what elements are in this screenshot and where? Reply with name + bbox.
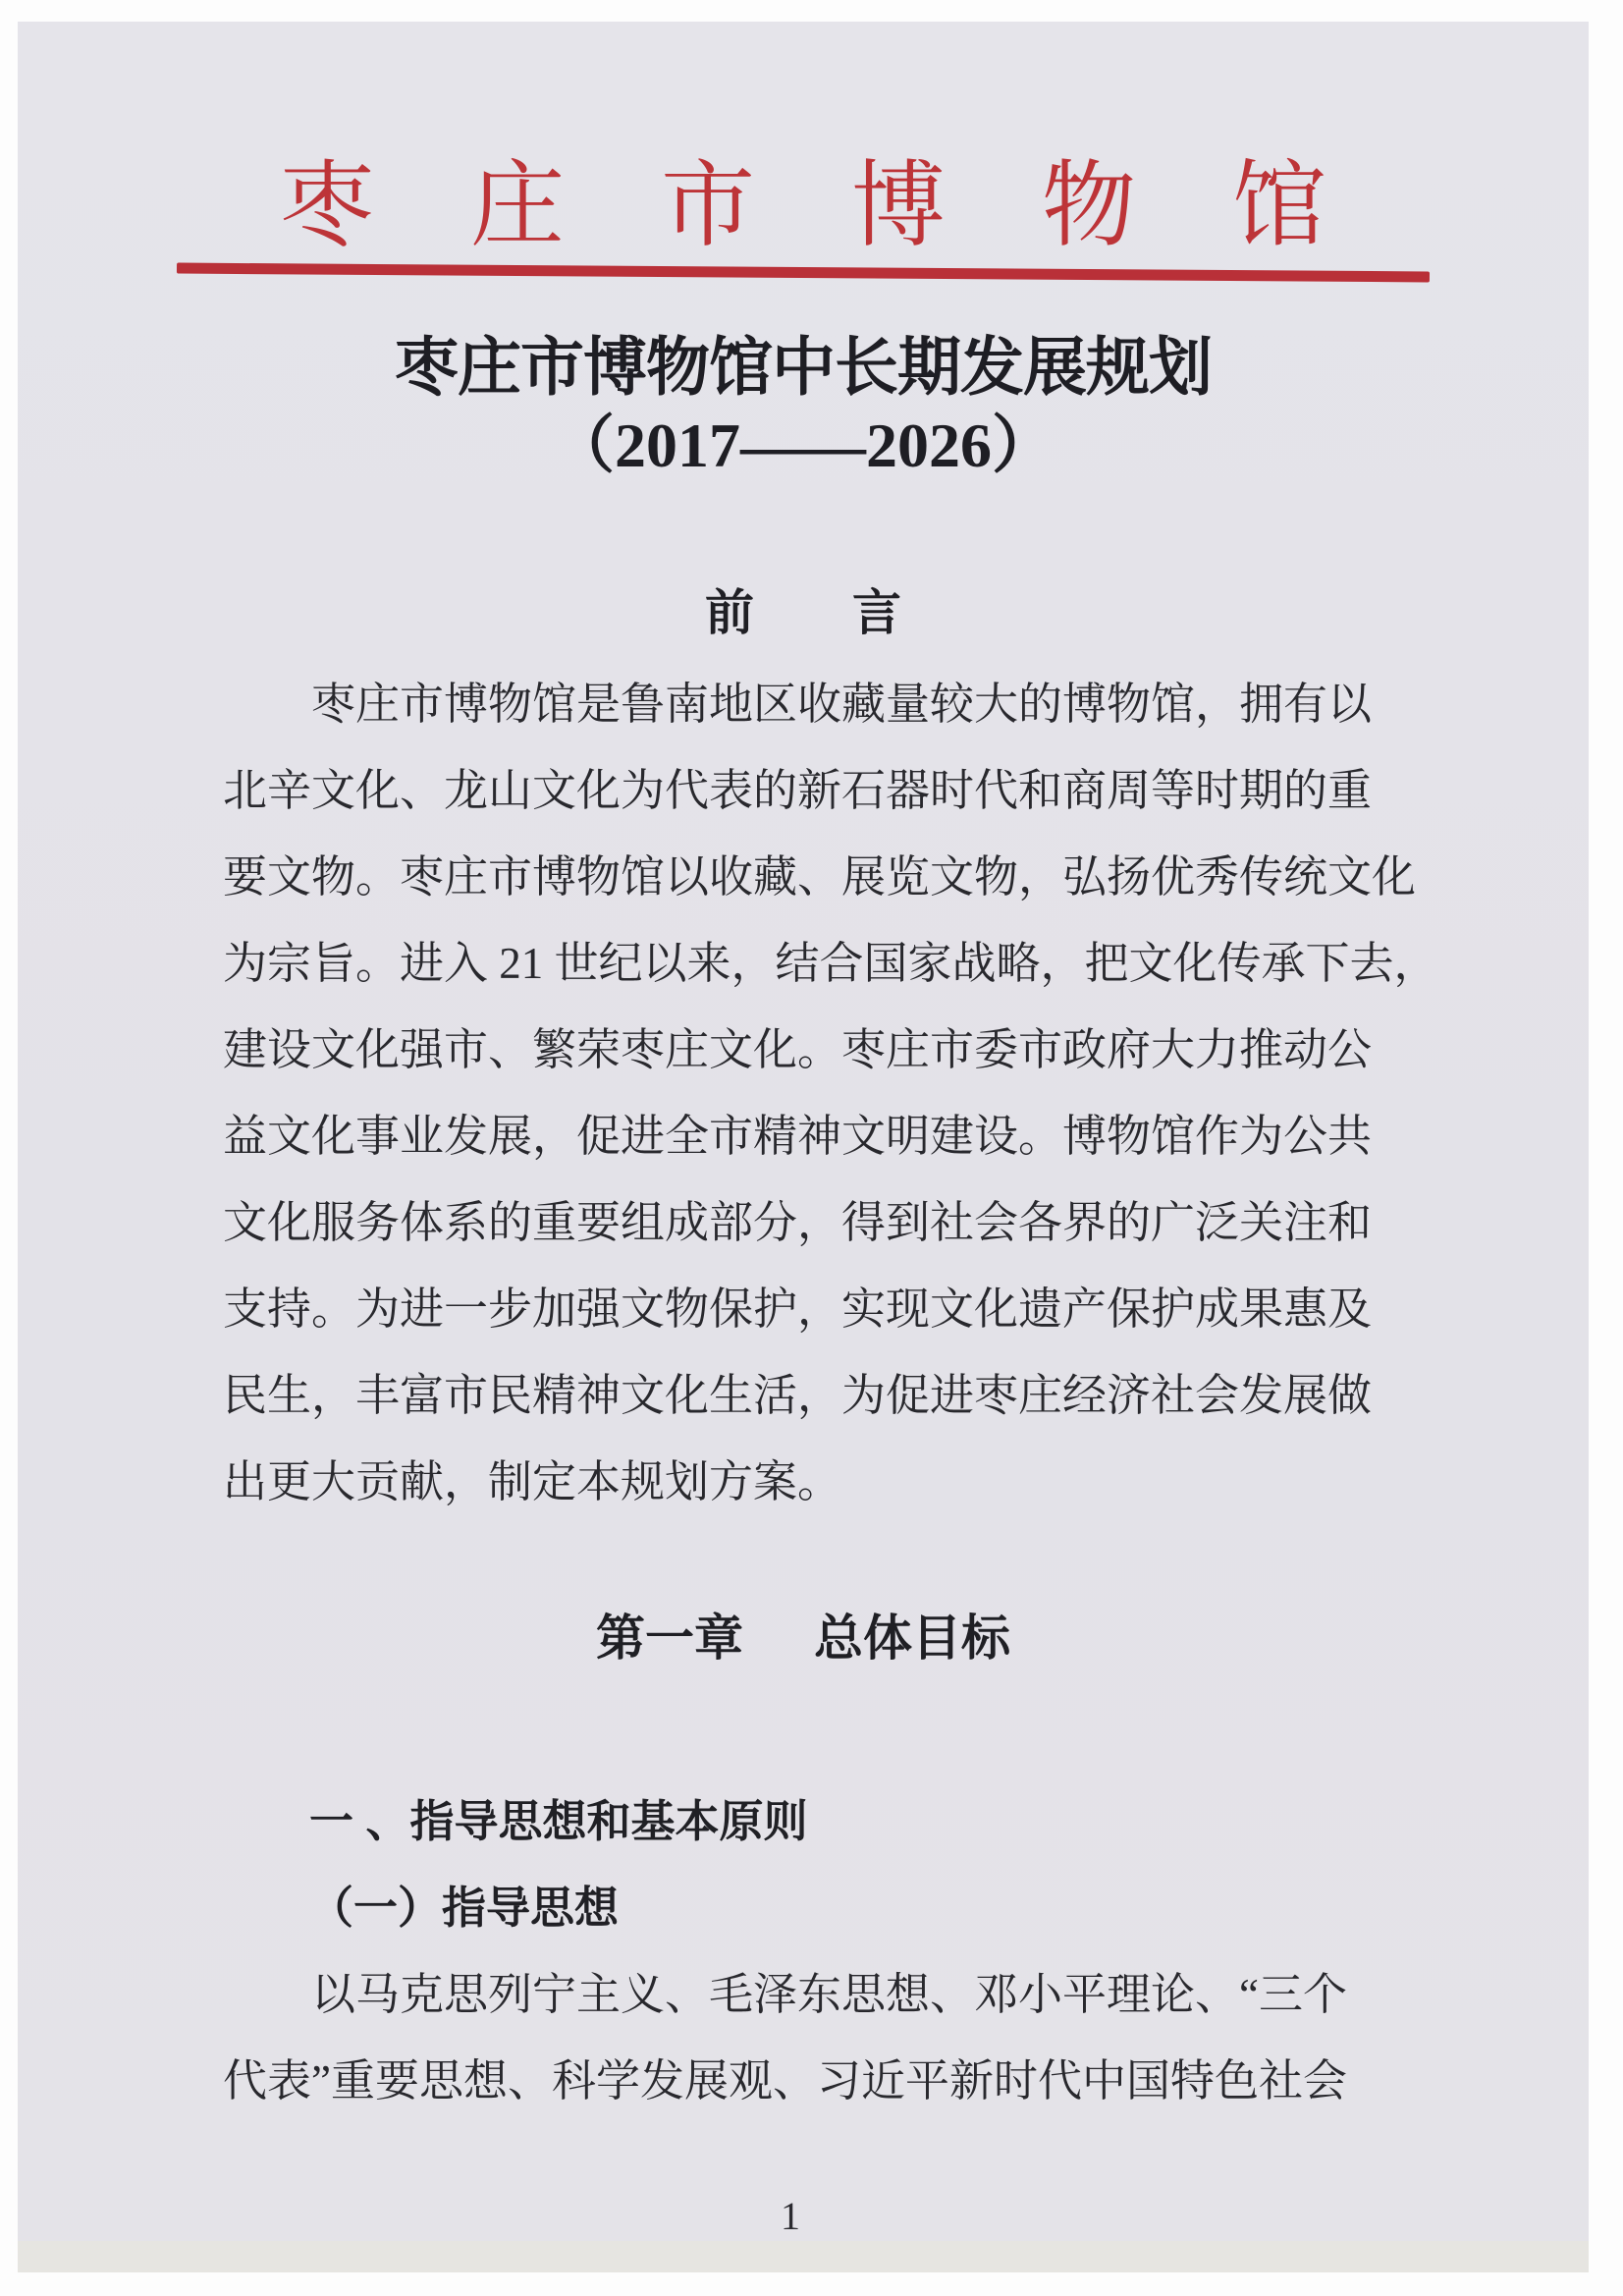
section-heading-guiding-principles: 一 、指导思想和基本原则 [223, 1778, 1589, 1865]
letterhead-rule [177, 263, 1430, 283]
document-page: 枣庄市博物馆 枣庄市博物馆中长期发展规划 （2017——2026） 前言 枣庄市… [18, 22, 1589, 2272]
preface-paragraph: 枣庄市博物馆是鲁南地区收藏量较大的博物馆，拥有以 北辛文化、龙山文化为代表的新石… [223, 661, 1440, 1525]
document-title: 枣庄市博物馆中长期发展规划 [18, 331, 1589, 406]
chapter-heading: 第一章总体目标 [18, 1604, 1589, 1672]
subsection-heading-guiding-thought: （一）指导思想 [223, 1865, 1589, 1951]
letterhead-org-name: 枣庄市博物馆 [280, 159, 1423, 253]
chapter-label: 第一章 [596, 1611, 743, 1666]
page-number: 1 [18, 2194, 1563, 2239]
scan-canvas: 枣庄市博物馆 枣庄市博物馆中长期发展规划 （2017——2026） 前言 枣庄市… [0, 0, 1623, 2296]
preface-heading: 前言 [18, 582, 1589, 643]
guiding-thought-paragraph: 以马克思列宁主义、毛泽东思想、邓小平理论、“三个 代表”重要思想、科学发展观、习… [223, 1951, 1440, 2124]
letterhead: 枣庄市博物馆 [18, 22, 1589, 253]
document-subtitle-years: （2017——2026） [18, 411, 1589, 480]
preface-heading-text: 前言 [705, 582, 1000, 643]
chapter-title: 总体目标 [814, 1611, 1010, 1666]
